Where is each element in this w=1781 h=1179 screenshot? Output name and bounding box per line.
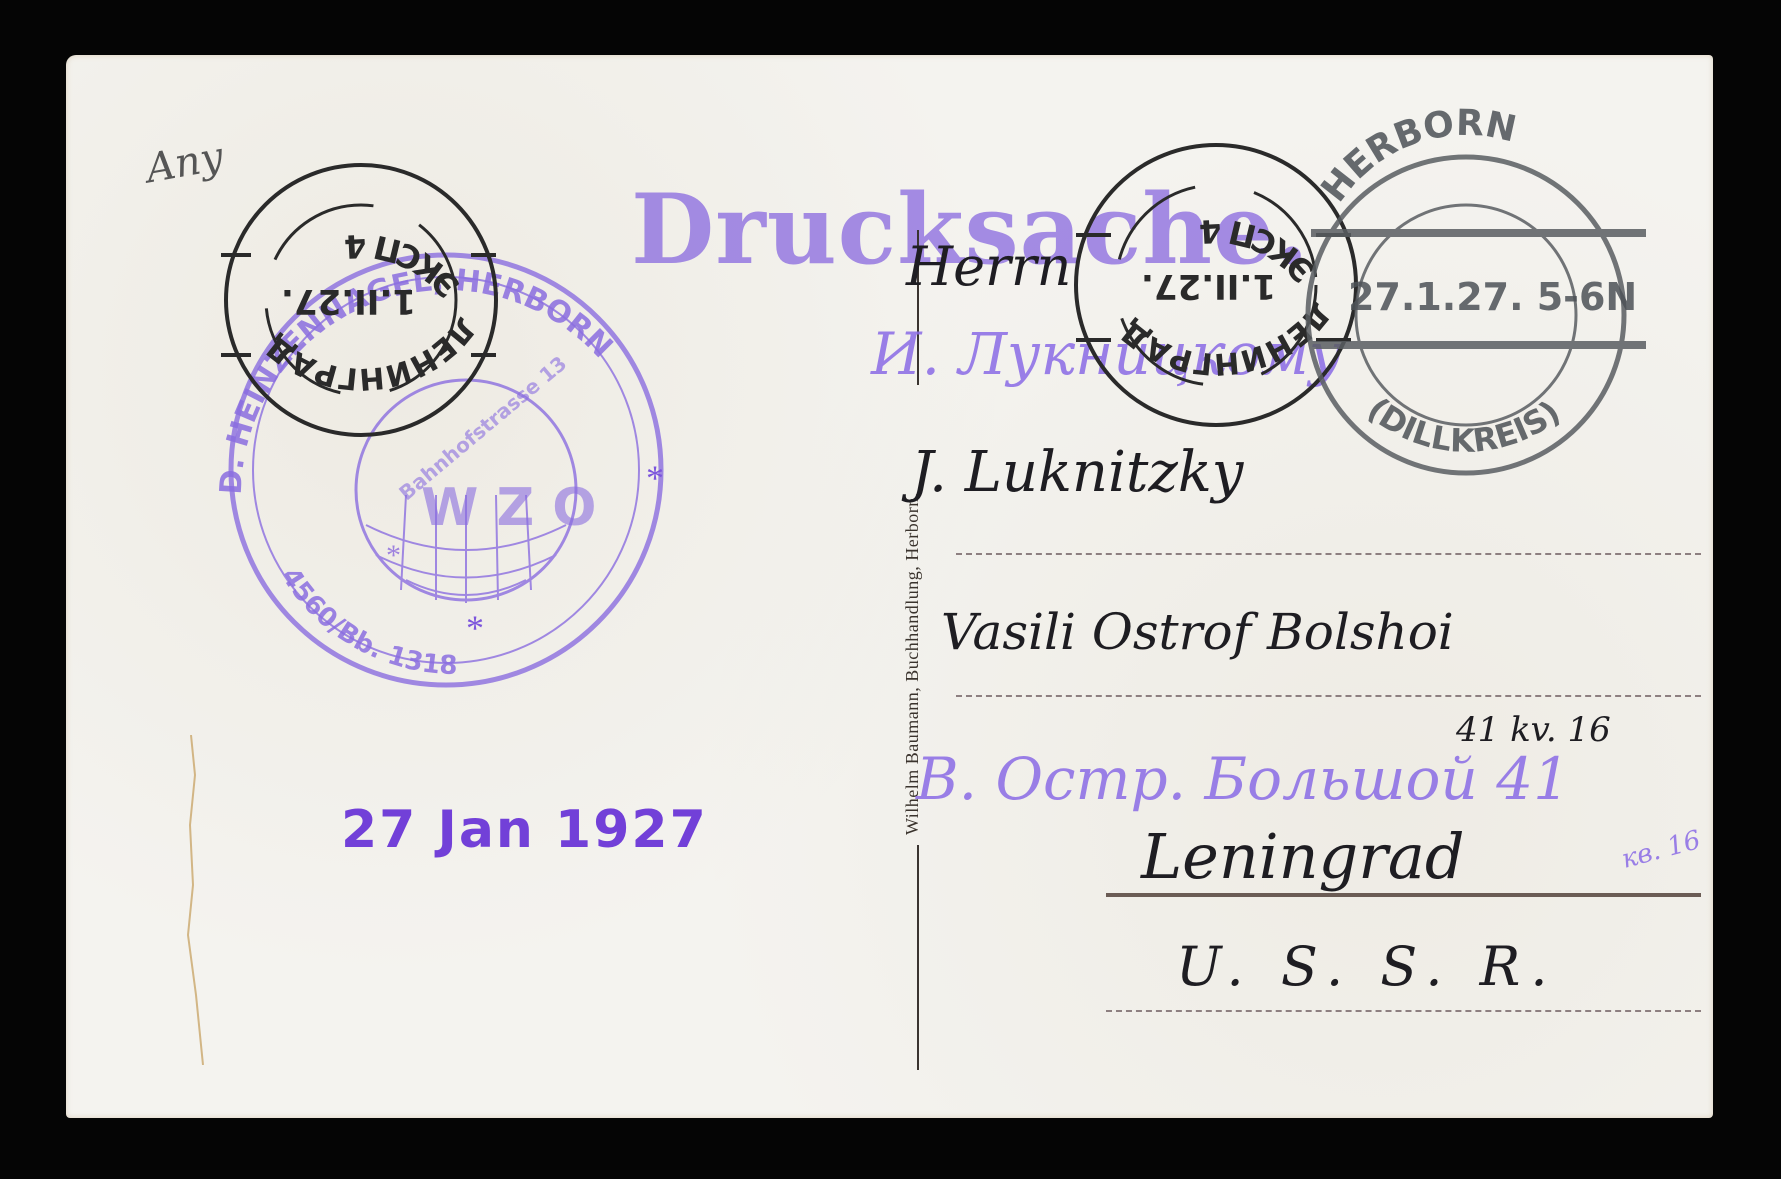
dealer-seal-bottom-text: 4560/Bb. 1318 (275, 562, 458, 680)
herborn-postmark-bottom: (DILLKREIS) (1360, 390, 1567, 460)
soviet-postmark-right-bottom: ЛЕНИНГРАД (1114, 295, 1337, 381)
seal-star-icon: * (386, 539, 401, 572)
soviet-postmark-right-date: 1.II.27. (1141, 266, 1276, 306)
herborn-postmark-date: 27.1.27. 5-6N (1348, 275, 1637, 319)
stamp-overlay: D. HEINZENNAGEL, HERBORN 4560/Bb. 1318 W… (66, 55, 1713, 1118)
seal-star-icon: * (646, 458, 664, 498)
dealer-seal-logo: W Z O (421, 478, 596, 538)
postcard: Any Drucksache. Wilhelm Baumann, Buchhan… (66, 55, 1713, 1118)
soviet-postmark-left-date: 1.II.27. (281, 281, 416, 321)
seal-star-icon: * (466, 608, 484, 648)
